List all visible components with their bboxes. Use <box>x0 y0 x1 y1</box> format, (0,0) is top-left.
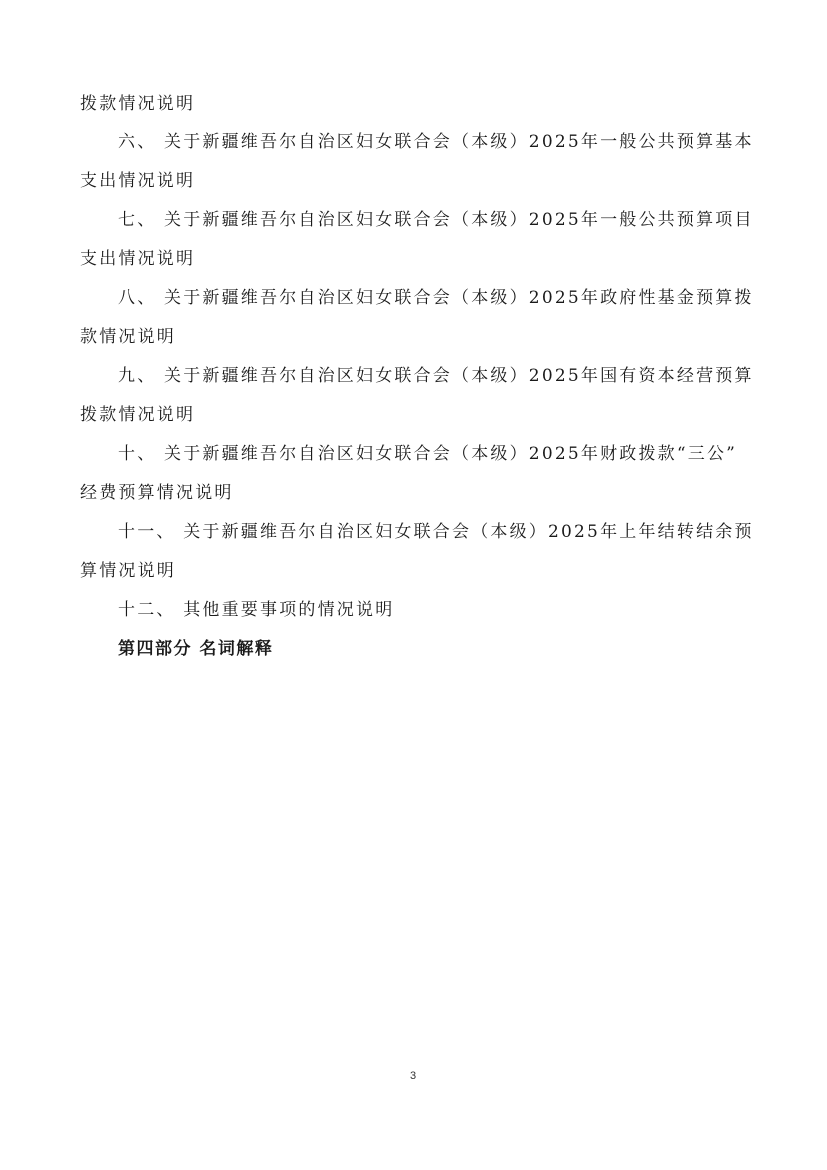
page-number: 3 <box>410 1070 416 1082</box>
toc-line: 拨款情况说明 <box>80 94 195 114</box>
toc-line: 拨款情况说明 <box>80 405 195 425</box>
toc-item-8: 八、 关于新疆维吾尔自治区妇女联合会（本级）2025年政府性基金预算拨 <box>118 288 754 308</box>
toc-item-11: 十一、 关于新疆维吾尔自治区妇女联合会（本级）2025年上年结转结余预 <box>118 522 754 542</box>
toc-line: 支出情况说明 <box>80 249 195 269</box>
toc-item-10: 十、 关于新疆维吾尔自治区妇女联合会（本级）2025年财政拨款“三公” <box>118 444 737 464</box>
toc-item-7: 七、 关于新疆维吾尔自治区妇女联合会（本级）2025年一般公共预算项目 <box>118 210 754 230</box>
toc-line: 算情况说明 <box>80 561 176 581</box>
toc-item-9: 九、 关于新疆维吾尔自治区妇女联合会（本级）2025年国有资本经营预算 <box>118 366 754 386</box>
toc-line: 款情况说明 <box>80 327 176 347</box>
toc-line: 支出情况说明 <box>80 171 195 191</box>
toc-item-12: 十二、 其他重要事项的情况说明 <box>118 600 394 620</box>
toc-item-6: 六、 关于新疆维吾尔自治区妇女联合会（本级）2025年一般公共预算基本 <box>118 132 754 152</box>
toc-line: 经费预算情况说明 <box>80 483 234 503</box>
section-heading: 第四部分 名词解释 <box>118 639 273 659</box>
